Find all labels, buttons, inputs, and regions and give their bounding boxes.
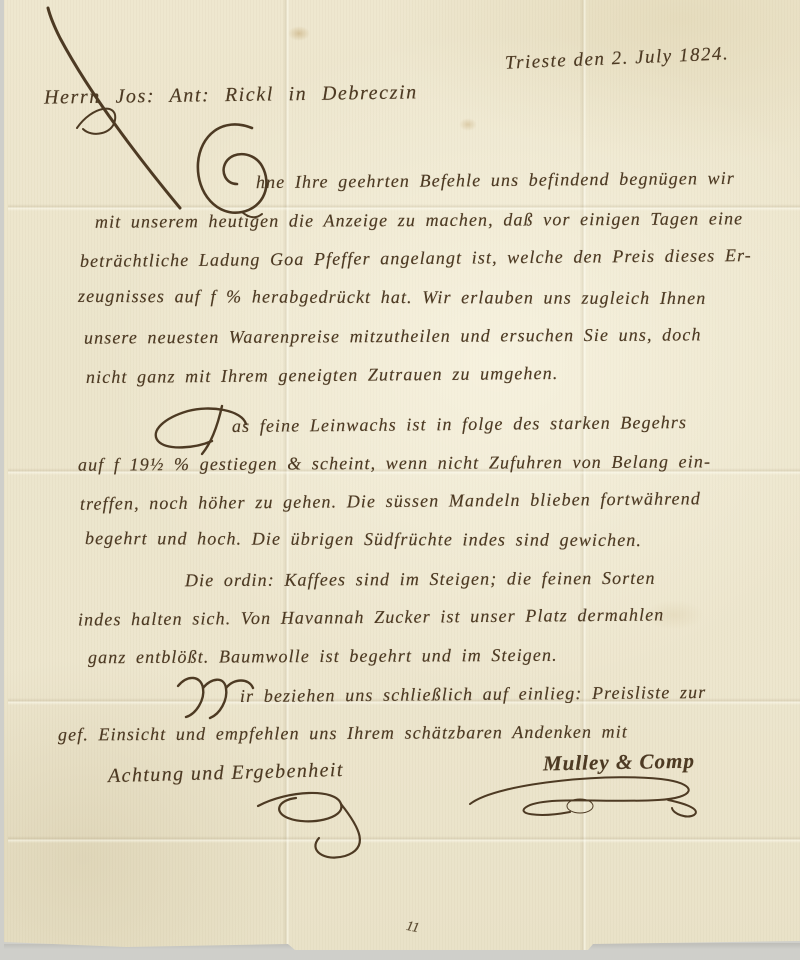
initial-letter-flourish-1 (192, 118, 277, 223)
letter-line: gef. Einsicht und empfehlen uns Ihrem sc… (58, 722, 628, 746)
signature-flourish (458, 770, 708, 820)
letter-line: zeugnisses auf f % herabgedrückt hat. Wi… (78, 286, 706, 309)
letter-line: Die ordin: Kaffees sind im Steigen; die … (185, 568, 656, 591)
letter-line: nicht ganz mit Ihrem geneigten Zutrauen … (86, 363, 559, 388)
stain-spot (459, 118, 477, 131)
stain-spot (288, 26, 310, 41)
closing-flourish (248, 788, 448, 863)
letter-line: hne Ihre geehrten Befehle uns befindend … (256, 168, 735, 193)
scanned-letter-page: Trieste den 2. July 1824. Herrn Jos: Ant… (0, 0, 800, 960)
address-flourish (22, 6, 192, 216)
letter-line: ir beziehen uns schließlich auf einlieg:… (240, 682, 706, 707)
letter-line: as feine Leinwachs ist in folge des star… (232, 412, 687, 437)
letter-line: begehrt und hoch. Die übrigen Südfrüchte… (85, 528, 642, 551)
letter-line: auf f 19½ % gestiegen & scheint, wenn ni… (78, 451, 711, 475)
letter-line: mit unserem heutigen die Anzeige zu mach… (95, 208, 743, 232)
letter-line: unsere neuesten Waarenpreise mitzutheile… (84, 324, 702, 348)
letter-line: ganz entblößt. Baumwolle ist begehrt und… (88, 645, 558, 668)
